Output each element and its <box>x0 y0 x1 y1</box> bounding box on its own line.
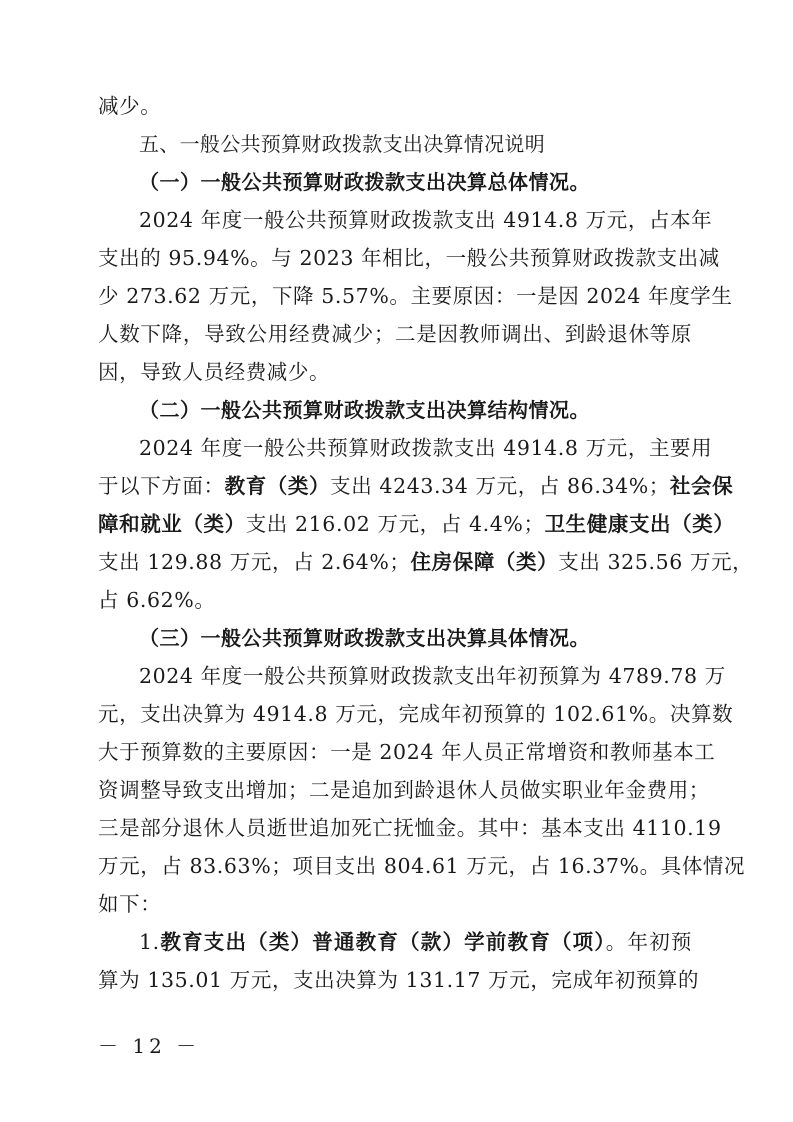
paragraph-line: 支出的 95.94%。与 2023 年相比，一般公共预算财政拨款支出减 <box>98 239 692 277</box>
bold-term: 卫生健康支出（类） <box>545 512 735 536</box>
subsection-heading: （一）一般公共预算财政拨款支出决算总体情况。 <box>98 163 692 201</box>
paragraph-line: 障和就业（类）支出 216.02 万元，占 4.4%；卫生健康支出（类） <box>98 505 692 543</box>
subsection-heading: （三）一般公共预算财政拨款支出决算具体情况。 <box>98 619 692 657</box>
paragraph-line: 大于预算数的主要原因：一是 2024 年人员正常增资和教师基本工 <box>98 733 692 771</box>
paragraph-line: 2024 年度一般公共预算财政拨款支出 4914.8 万元，占本年 <box>98 201 692 239</box>
bold-term: 教育（类） <box>225 474 331 498</box>
page-number: － 12 － <box>98 1030 200 1059</box>
bold-term: 教育支出（类）普通教育（款）学前教育（项） <box>160 930 606 954</box>
section-heading: 五、一般公共预算财政拨款支出决算情况说明 <box>98 125 692 163</box>
text-run: 支出 129.88 万元，占 2.64%； <box>98 550 411 574</box>
paragraph-line: 于以下方面：教育（类）支出 4243.34 万元，占 86.34%；社会保 <box>98 467 692 505</box>
paragraph-line: 少 273.62 万元，下降 5.57%。主要原因：一是因 2024 年度学生 <box>98 277 692 315</box>
text-run: 1. <box>139 930 160 954</box>
subsection-heading: （二）一般公共预算财政拨款支出决算结构情况。 <box>98 391 692 429</box>
paragraph-line: 2024 年度一般公共预算财政拨款支出 4914.8 万元，主要用 <box>98 429 692 467</box>
paragraph-line: 如下： <box>98 885 692 923</box>
paragraph-line: 万元，占 83.63%；项目支出 804.61 万元，占 16.37%。具体情况 <box>98 847 692 885</box>
paragraph-line: 1.教育支出（类）普通教育（款）学前教育（项）。年初预 <box>98 923 692 961</box>
text-run: 。年初预 <box>606 930 692 954</box>
paragraph-line: 资调整导致支出增加；二是追加到龄退休人员做实职业年金费用； <box>98 771 692 809</box>
paragraph-line: 三是部分退休人员逝世追加死亡抚恤金。其中：基本支出 4110.19 <box>98 809 692 847</box>
text-run: 于以下方面： <box>98 474 225 498</box>
paragraph-line: 占 6.62%。 <box>98 581 692 619</box>
bold-term: 住房保障（类） <box>411 550 559 574</box>
paragraph-line: 因，导致人员经费减少。 <box>98 353 692 391</box>
document-body: 减少。五、一般公共预算财政拨款支出决算情况说明（一）一般公共预算财政拨款支出决算… <box>98 87 692 999</box>
paragraph-line: 减少。 <box>98 87 692 125</box>
paragraph-line: 支出 129.88 万元，占 2.64%；住房保障（类）支出 325.56 万元… <box>98 543 692 581</box>
text-run: 支出 325.56 万元， <box>558 550 753 574</box>
text-run: 支出 4243.34 万元，占 86.34%； <box>330 474 670 498</box>
text-run: 支出 216.02 万元，占 4.4%； <box>246 512 545 536</box>
paragraph-line: 算为 135.01 万元，支出决算为 131.17 万元，完成年初预算的 <box>98 961 692 999</box>
paragraph-line: 元，支出决算为 4914.8 万元，完成年初预算的 102.61%。决算数 <box>98 695 692 733</box>
bold-term: 社会保 <box>670 474 733 498</box>
paragraph-line: 人数下降，导致公用经费减少；二是因教师调出、到龄退休等原 <box>98 315 692 353</box>
bold-term: 障和就业（类） <box>98 512 246 536</box>
paragraph-line: 2024 年度一般公共预算财政拨款支出年初预算为 4789.78 万 <box>98 657 692 695</box>
